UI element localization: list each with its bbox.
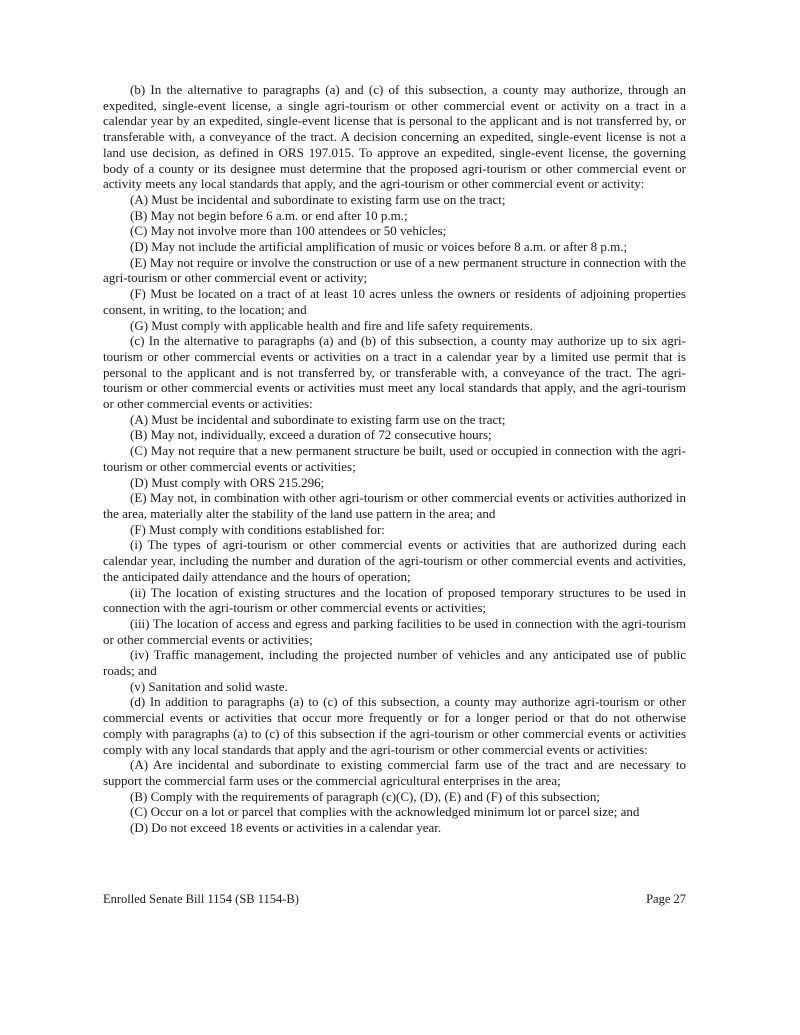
bill-paragraph: (E) May not, in combination with other a… xyxy=(103,490,686,521)
bill-paragraph: (G) Must comply with applicable health a… xyxy=(103,318,686,334)
document-footer: Enrolled Senate Bill 1154 (SB 1154-B) Pa… xyxy=(103,892,686,907)
bill-paragraph: (A) Must be incidental and subordinate t… xyxy=(103,412,686,428)
bill-paragraph: (F) Must comply with conditions establis… xyxy=(103,522,686,538)
bill-paragraph: (iii) The location of access and egress … xyxy=(103,616,686,647)
bill-paragraph: (C) Occur on a lot or parcel that compli… xyxy=(103,804,686,820)
bill-paragraph: (D) Do not exceed 18 events or activitie… xyxy=(103,820,686,836)
bill-paragraph: (E) May not require or involve the const… xyxy=(103,255,686,286)
document-page: (b) In the alternative to paragraphs (a)… xyxy=(0,0,800,1035)
bill-paragraph: (c) In the alternative to paragraphs (a)… xyxy=(103,333,686,412)
bill-paragraph: (C) May not require that a new permanent… xyxy=(103,443,686,474)
bill-paragraph: (v) Sanitation and solid waste. xyxy=(103,679,686,695)
bill-paragraph: (C) May not involve more than 100 attend… xyxy=(103,223,686,239)
bill-paragraph: (F) Must be located on a tract of at lea… xyxy=(103,286,686,317)
bill-paragraph: (d) In addition to paragraphs (a) to (c)… xyxy=(103,694,686,757)
bill-paragraph: (iv) Traffic management, including the p… xyxy=(103,647,686,678)
bill-paragraph: (D) Must comply with ORS 215.296; xyxy=(103,475,686,491)
bill-paragraph: (A) Are incidental and subordinate to ex… xyxy=(103,757,686,788)
bill-paragraph: (B) May not, individually, exceed a dura… xyxy=(103,427,686,443)
footer-bill-title: Enrolled Senate Bill 1154 (SB 1154-B) xyxy=(103,892,299,907)
bill-paragraph: (D) May not include the artificial ampli… xyxy=(103,239,686,255)
bill-paragraph: (B) May not begin before 6 a.m. or end a… xyxy=(103,208,686,224)
bill-paragraph: (i) The types of agri-tourism or other c… xyxy=(103,537,686,584)
bill-paragraph: (b) In the alternative to paragraphs (a)… xyxy=(103,82,686,192)
footer-page-number: Page 27 xyxy=(646,892,686,907)
document-body: (b) In the alternative to paragraphs (a)… xyxy=(103,82,686,836)
bill-paragraph: (B) Comply with the requirements of para… xyxy=(103,789,686,805)
bill-paragraph: (A) Must be incidental and subordinate t… xyxy=(103,192,686,208)
bill-paragraph: (ii) The location of existing structures… xyxy=(103,585,686,616)
